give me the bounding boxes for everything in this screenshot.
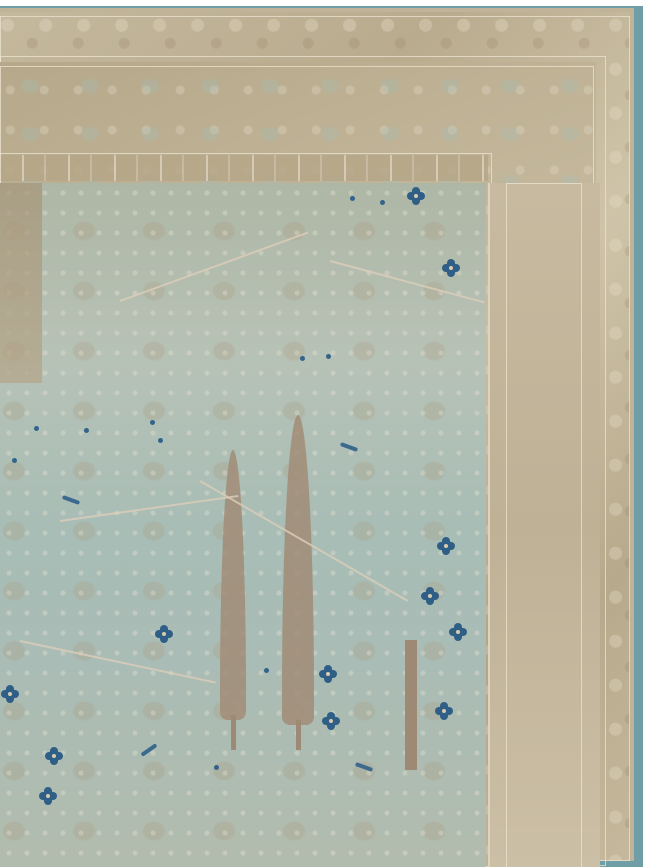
blue-bud: [264, 668, 269, 673]
blue-blossom: [325, 715, 337, 727]
blue-blossom: [48, 750, 60, 762]
blue-blossom: [438, 705, 450, 717]
blue-bud: [350, 196, 355, 201]
tree-trunk: [405, 640, 417, 770]
blue-bud: [380, 200, 385, 205]
blue-bud: [158, 438, 163, 443]
blue-bud: [84, 428, 89, 433]
blue-bud: [326, 354, 331, 359]
blue-blossom: [440, 540, 452, 552]
tree-trunk: [296, 720, 301, 750]
blue-blossom: [452, 626, 464, 638]
blue-blossom: [322, 668, 334, 680]
blue-bud: [12, 458, 17, 463]
blue-blossom: [42, 790, 54, 802]
blue-blossom: [424, 590, 436, 602]
blue-bud: [150, 420, 155, 425]
blue-bud: [214, 765, 219, 770]
left-field-panel: [0, 183, 42, 383]
blue-blossom: [4, 688, 16, 700]
blue-blossom: [410, 190, 422, 202]
blue-blossom: [445, 262, 457, 274]
blue-blossom: [158, 628, 170, 640]
side-border-outline: [506, 183, 582, 867]
tree-trunk: [231, 715, 236, 750]
blue-bud: [300, 356, 305, 361]
blue-bud: [34, 426, 39, 431]
